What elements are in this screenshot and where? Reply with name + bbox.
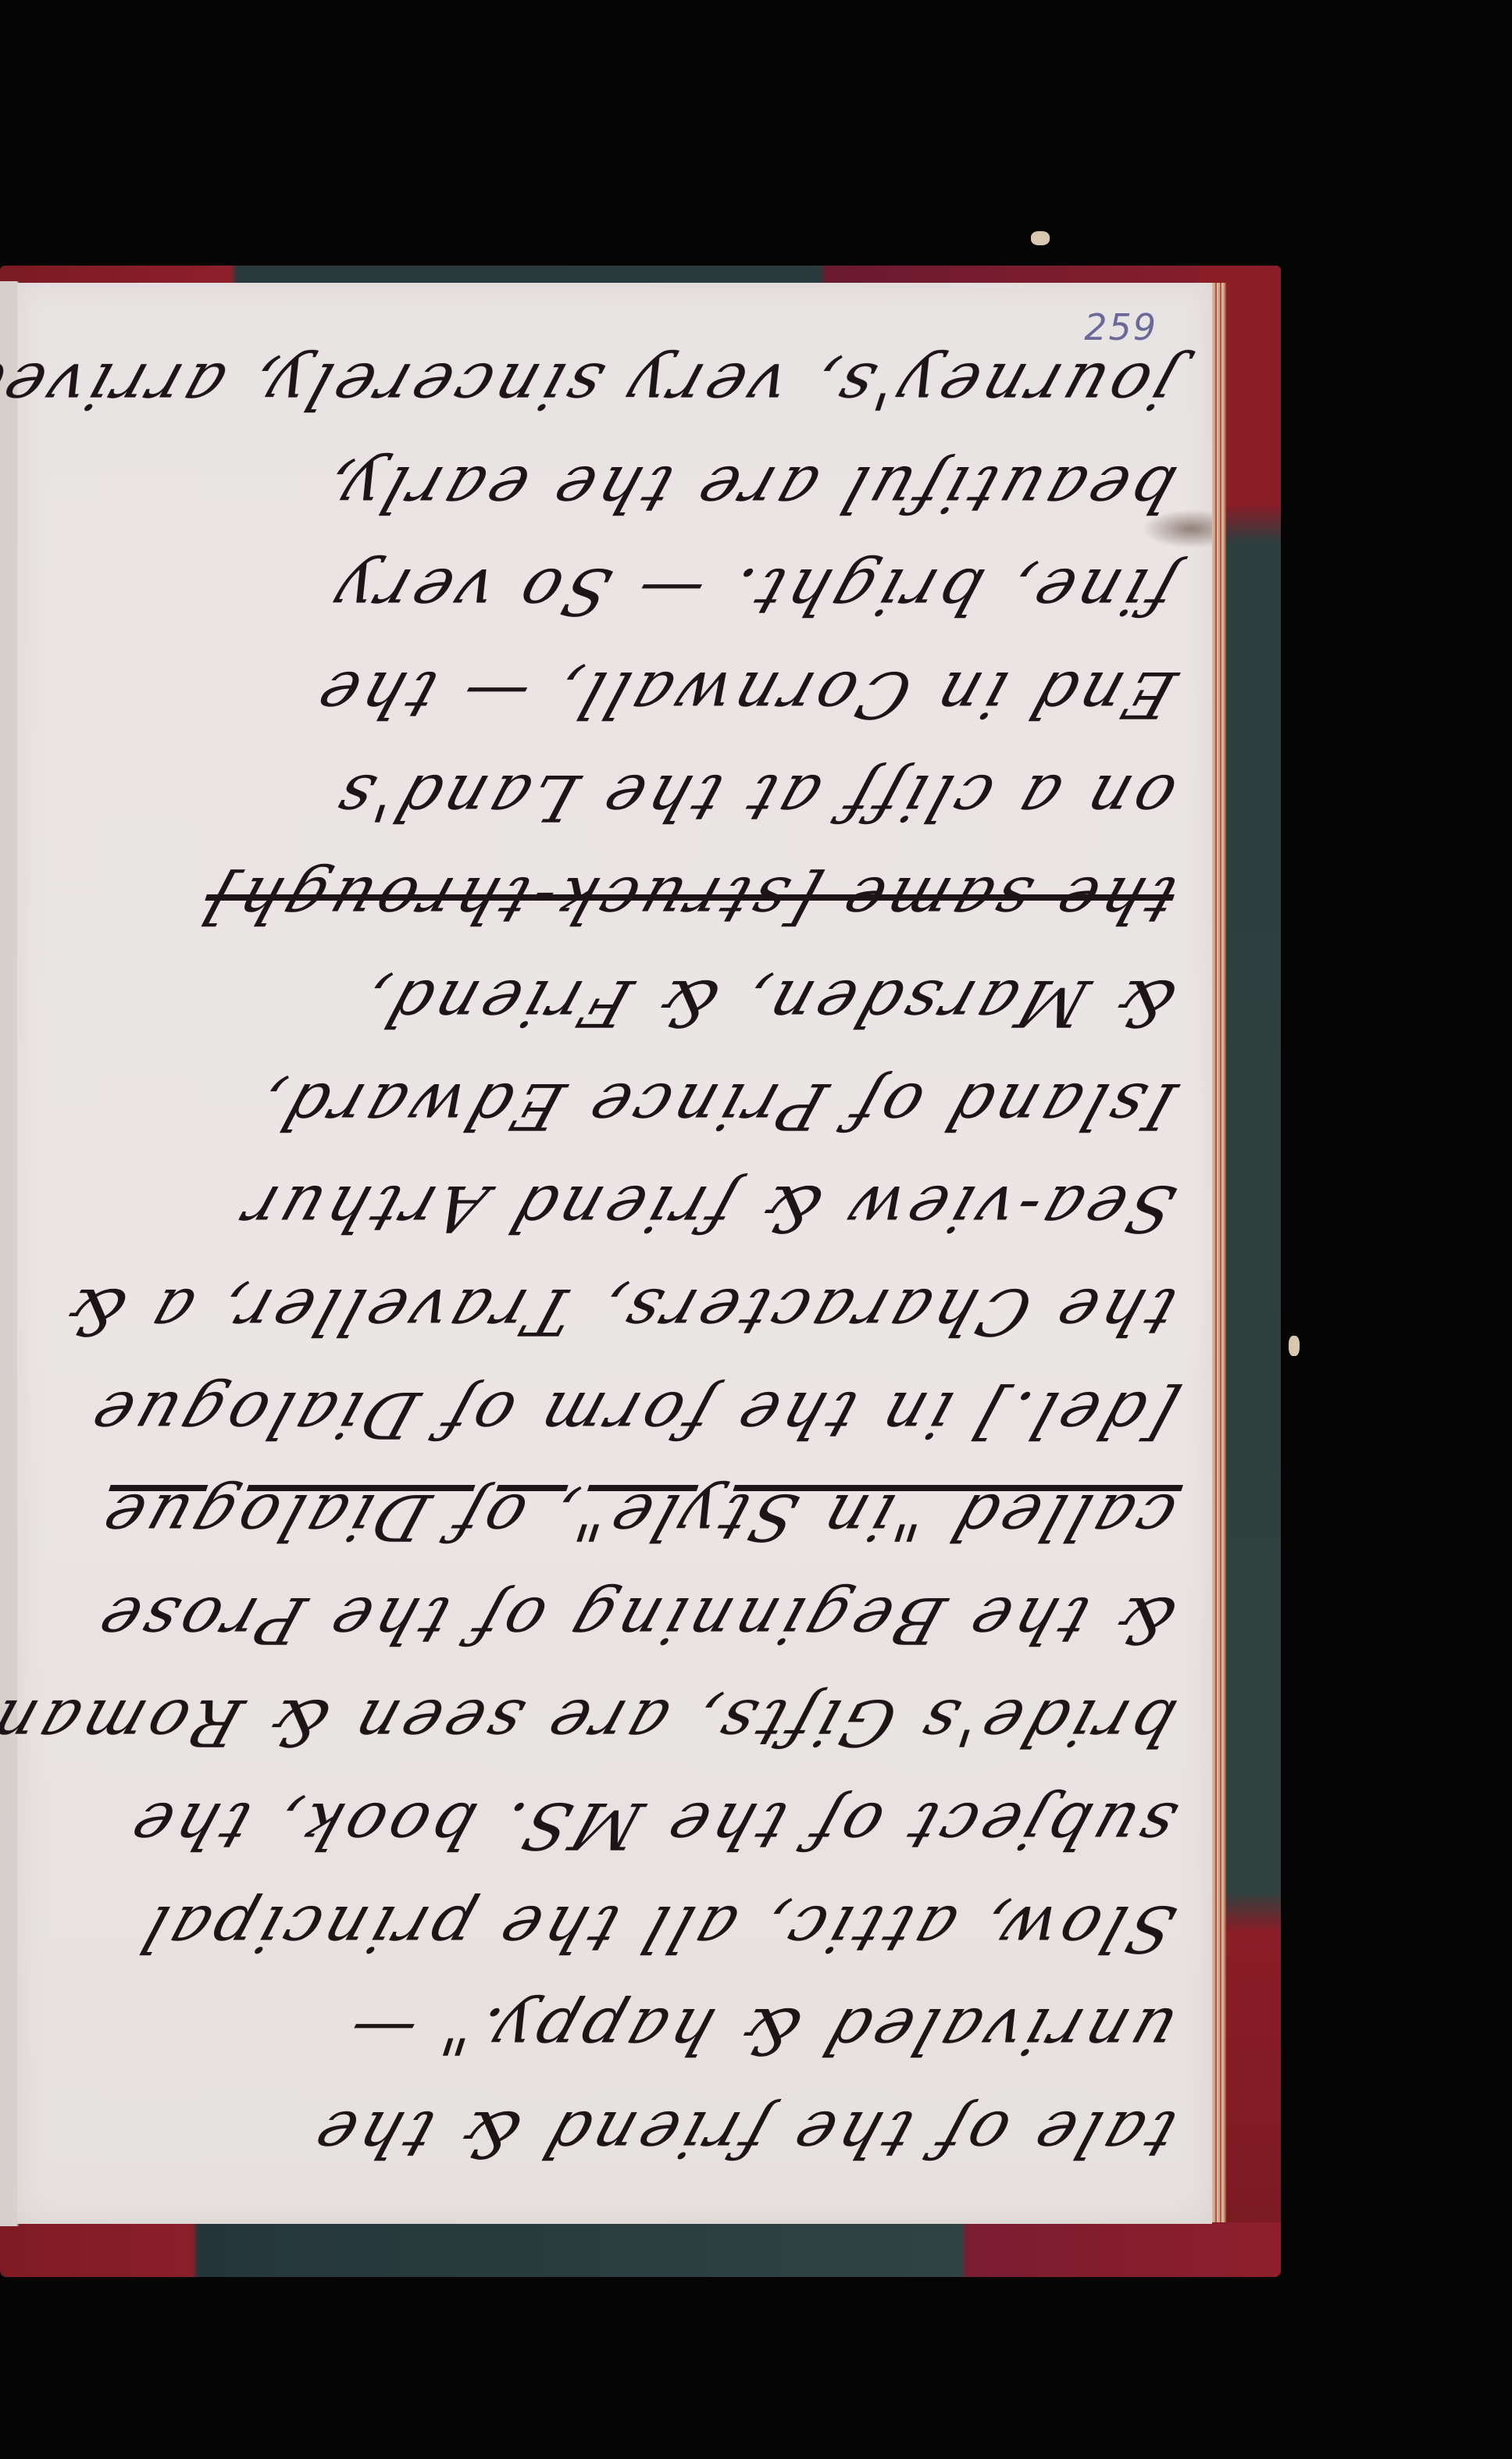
text-line: called "in Style", of Dialogue [70, 1484, 1184, 1548]
notebook: 259 tale of the friend & the unrivaled &… [0, 266, 1289, 2273]
text-line: Island of Prince Edward, [70, 1073, 1184, 1137]
text-line: subject of the MS. book, the [70, 1793, 1184, 1857]
text-line: End in Cornwall, — the [70, 662, 1184, 726]
facing-page-edge [0, 281, 19, 2226]
text-line: beautiful are the early, [70, 456, 1184, 520]
notebook-page: 259 tale of the friend & the unrivaled &… [17, 283, 1212, 2224]
text-line: bride's Gifts, are seen & Romance [70, 1690, 1184, 1754]
text-line: Sea-view & friend Arthur [70, 1176, 1184, 1240]
text-line: on a cliff at the Land's [70, 765, 1184, 829]
text-line: journey's, very sincerely, arrived [70, 353, 1184, 417]
cover-bottom-edge [0, 2222, 1281, 2277]
text-line: [del.] in the form of Dialogue [70, 1382, 1184, 1446]
text-line: fine, bright. — So very [70, 559, 1184, 623]
text-line: Slow, attic, all the principal [70, 1896, 1184, 1960]
text-line: the Characters, Traveller, a & [70, 1279, 1184, 1343]
page-number: 259 [1084, 306, 1157, 348]
text-line-struck: the same [struck-through] [70, 867, 1184, 931]
text-line: unrivaled & happy." — [70, 1998, 1184, 2062]
text-line: tale of the friend & the [70, 2101, 1184, 2165]
handwritten-text: tale of the friend & the unrivaled & hap… [80, 353, 1173, 2165]
debris-fleck [1289, 1336, 1300, 1356]
debris-fleck [1031, 231, 1050, 245]
text-line: & Marsden, & Friend, [70, 970, 1184, 1034]
text-line: & the Beginning of the Prose [70, 1587, 1184, 1651]
